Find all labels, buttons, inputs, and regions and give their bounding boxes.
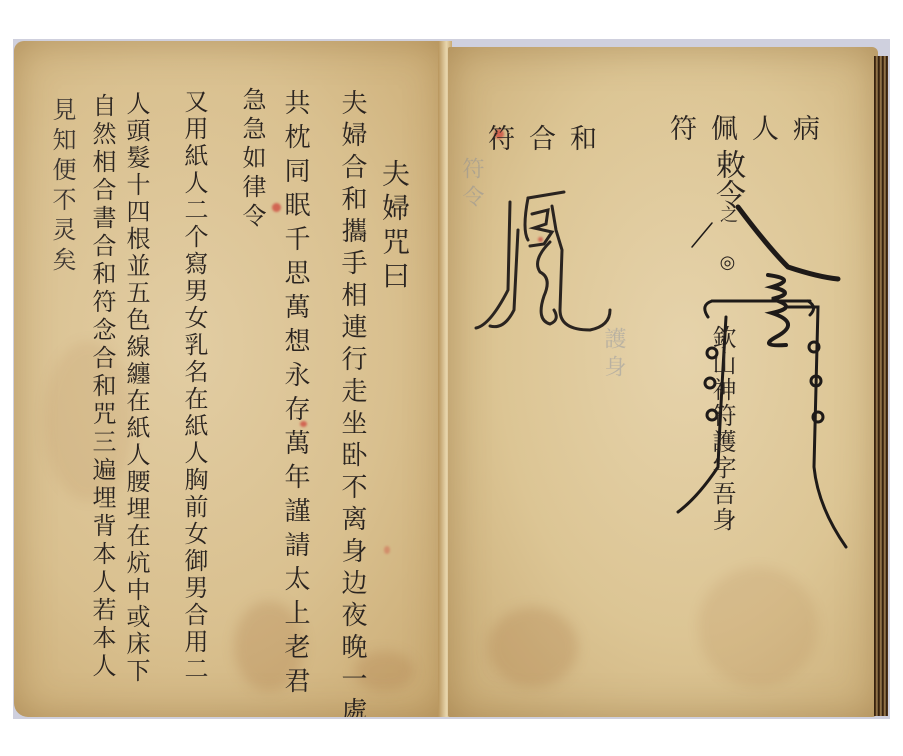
incantation-column-2: 共枕同眠千思萬想永存萬年謹請太上老君 [282,89,308,717]
talisman-2-charm-icon [668,167,868,567]
talisman-2-inner-text: 欽山神符護字吾身 [710,325,734,533]
talisman-1-glyph-icon [460,170,630,350]
left-page: 夫婦咒曰 夫婦合和攜手相連行走坐卧不离身边夜晚一處 共枕同眠千思萬想永存萬年謹請… [14,41,446,717]
talisman-2-title: 病人佩符 [670,107,834,146]
talisman-1-title: 和合符 [488,117,611,156]
incantation-heading: 夫婦咒曰 [380,159,408,295]
incantation-column-3: 急急如律令 [240,87,264,232]
instruction-column-4: 見知便不灵矣 [50,97,74,277]
page-stack-edge [874,56,888,716]
instruction-column-3: 自然相合書合和符念合和咒三遍埋背本人若本人 [90,93,114,717]
instruction-column-2: 人頭髮十四根並五色線纏在紙人腰埋在炕中或床下 [124,91,148,717]
incantation-column-1: 夫婦合和攜手相連行走坐卧不离身边夜晚一處 [339,89,365,717]
instruction-column-1: 又用紙人二个寫男女乳名在紙人胸前女御男合用二 [182,89,206,717]
right-page: 符令 護身 和合符 病人佩符 敕令 之 ◎ [448,47,878,717]
